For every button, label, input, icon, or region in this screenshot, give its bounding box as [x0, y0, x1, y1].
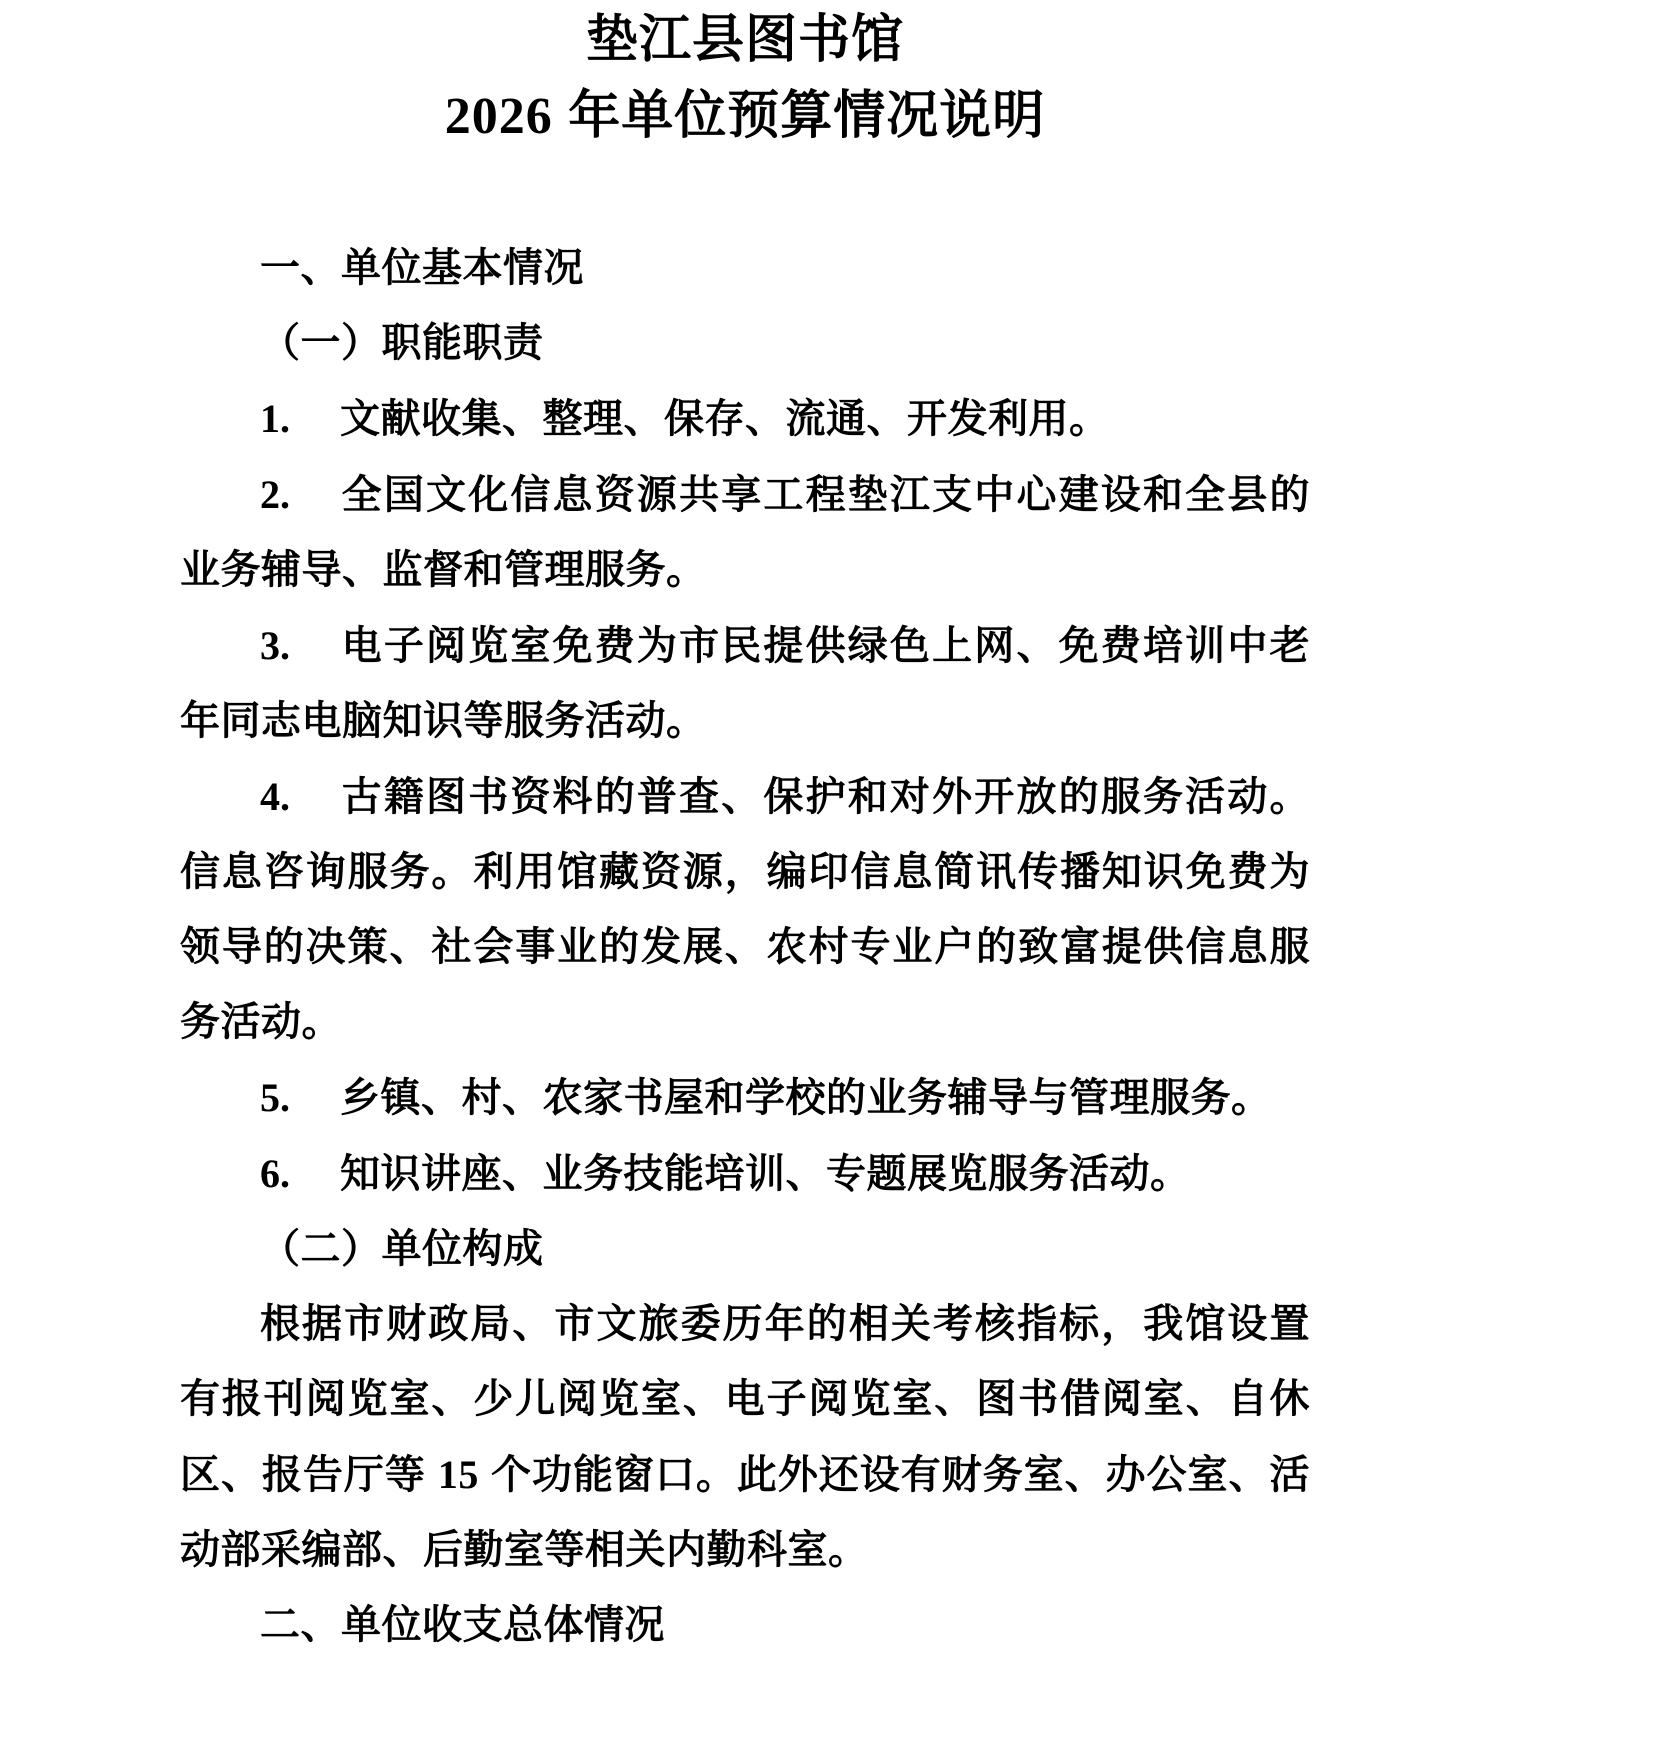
numbered-paragraph: 2.全国文化信息资源共享工程垫江支中心建设和全县的业务辅导、监督和管理服务。 [180, 457, 1310, 608]
list-marker: 2. [260, 457, 340, 532]
paragraph-text: 电子阅览室免费为市民提供绿色上网、免费培训中老年同志电脑知识等服务活动。 [180, 624, 1310, 743]
paragraph: （二）单位构成 [180, 1212, 1310, 1287]
numeral: 15 [438, 1452, 479, 1497]
numbered-paragraph: 5.乡镇、村、农家书屋和学校的业务辅导与管理服务。 [180, 1060, 1310, 1136]
numeral: 2026 [445, 88, 553, 145]
list-marker: 1. [260, 381, 340, 456]
numbered-paragraph: 6.知识讲座、业务技能培训、专题展览服务活动。 [180, 1136, 1310, 1212]
document-body: 一、单位基本情况（一）职能职责1.文献收集、整理、保存、流通、开发利用。2.全国… [180, 231, 1310, 1663]
paragraph: 根据市财政局、市文旅委历年的相关考核指标，我馆设置有报刊阅览室、少儿阅览室、电子… [180, 1287, 1310, 1588]
numbered-paragraph: 4.古籍图书资料的普查、保护和对外开放的服务活动。信息咨询服务。利用馆藏资源，编… [180, 759, 1310, 1060]
paragraph-text: 知识讲座、业务技能培训、专题展览服务活动。 [340, 1152, 1191, 1196]
paragraph-text: 文献收集、整理、保存、流通、开发利用。 [340, 397, 1110, 441]
paragraph: （一）职能职责 [180, 306, 1310, 381]
numbered-paragraph: 1.文献收集、整理、保存、流通、开发利用。 [180, 381, 1310, 457]
list-marker: 4. [260, 759, 340, 834]
paragraph: 一、单位基本情况 [180, 231, 1310, 306]
paragraph-text: （二）单位构成 [260, 1227, 544, 1271]
paragraph-text: 全国文化信息资源共享工程垫江支中心建设和全县的业务辅导、监督和管理服务。 [180, 473, 1310, 592]
list-marker: 3. [260, 608, 340, 683]
paragraph-text: 二、单位收支总体情况 [260, 1603, 665, 1647]
paragraph-text: （一）职能职责 [260, 321, 544, 365]
document-page: 垫江县图书馆 2026 年单位预算情况说明 一、单位基本情况（一）职能职责1.文… [0, 0, 1654, 1760]
list-marker: 6. [260, 1136, 340, 1211]
paragraph-text: 一、单位基本情况 [260, 246, 584, 290]
numbered-paragraph: 3.电子阅览室免费为市民提供绿色上网、免费培训中老年同志电脑知识等服务活动。 [180, 608, 1310, 759]
document-title-line1: 垫江县图书馆 [180, 2, 1310, 78]
list-marker: 5. [260, 1060, 340, 1135]
paragraph: 二、单位收支总体情况 [180, 1588, 1310, 1663]
document-title-line2: 2026 年单位预算情况说明 [180, 78, 1310, 155]
paragraph-text: 乡镇、村、农家书屋和学校的业务辅导与管理服务。 [340, 1076, 1272, 1120]
paragraph-text: 根据市财政局、市文旅委历年的相关考核指标，我馆设置有报刊阅览室、少儿阅览室、电子… [180, 1302, 1310, 1572]
paragraph-text: 古籍图书资料的普查、保护和对外开放的服务活动。信息咨询服务。利用馆藏资源，编印信… [180, 775, 1310, 1044]
